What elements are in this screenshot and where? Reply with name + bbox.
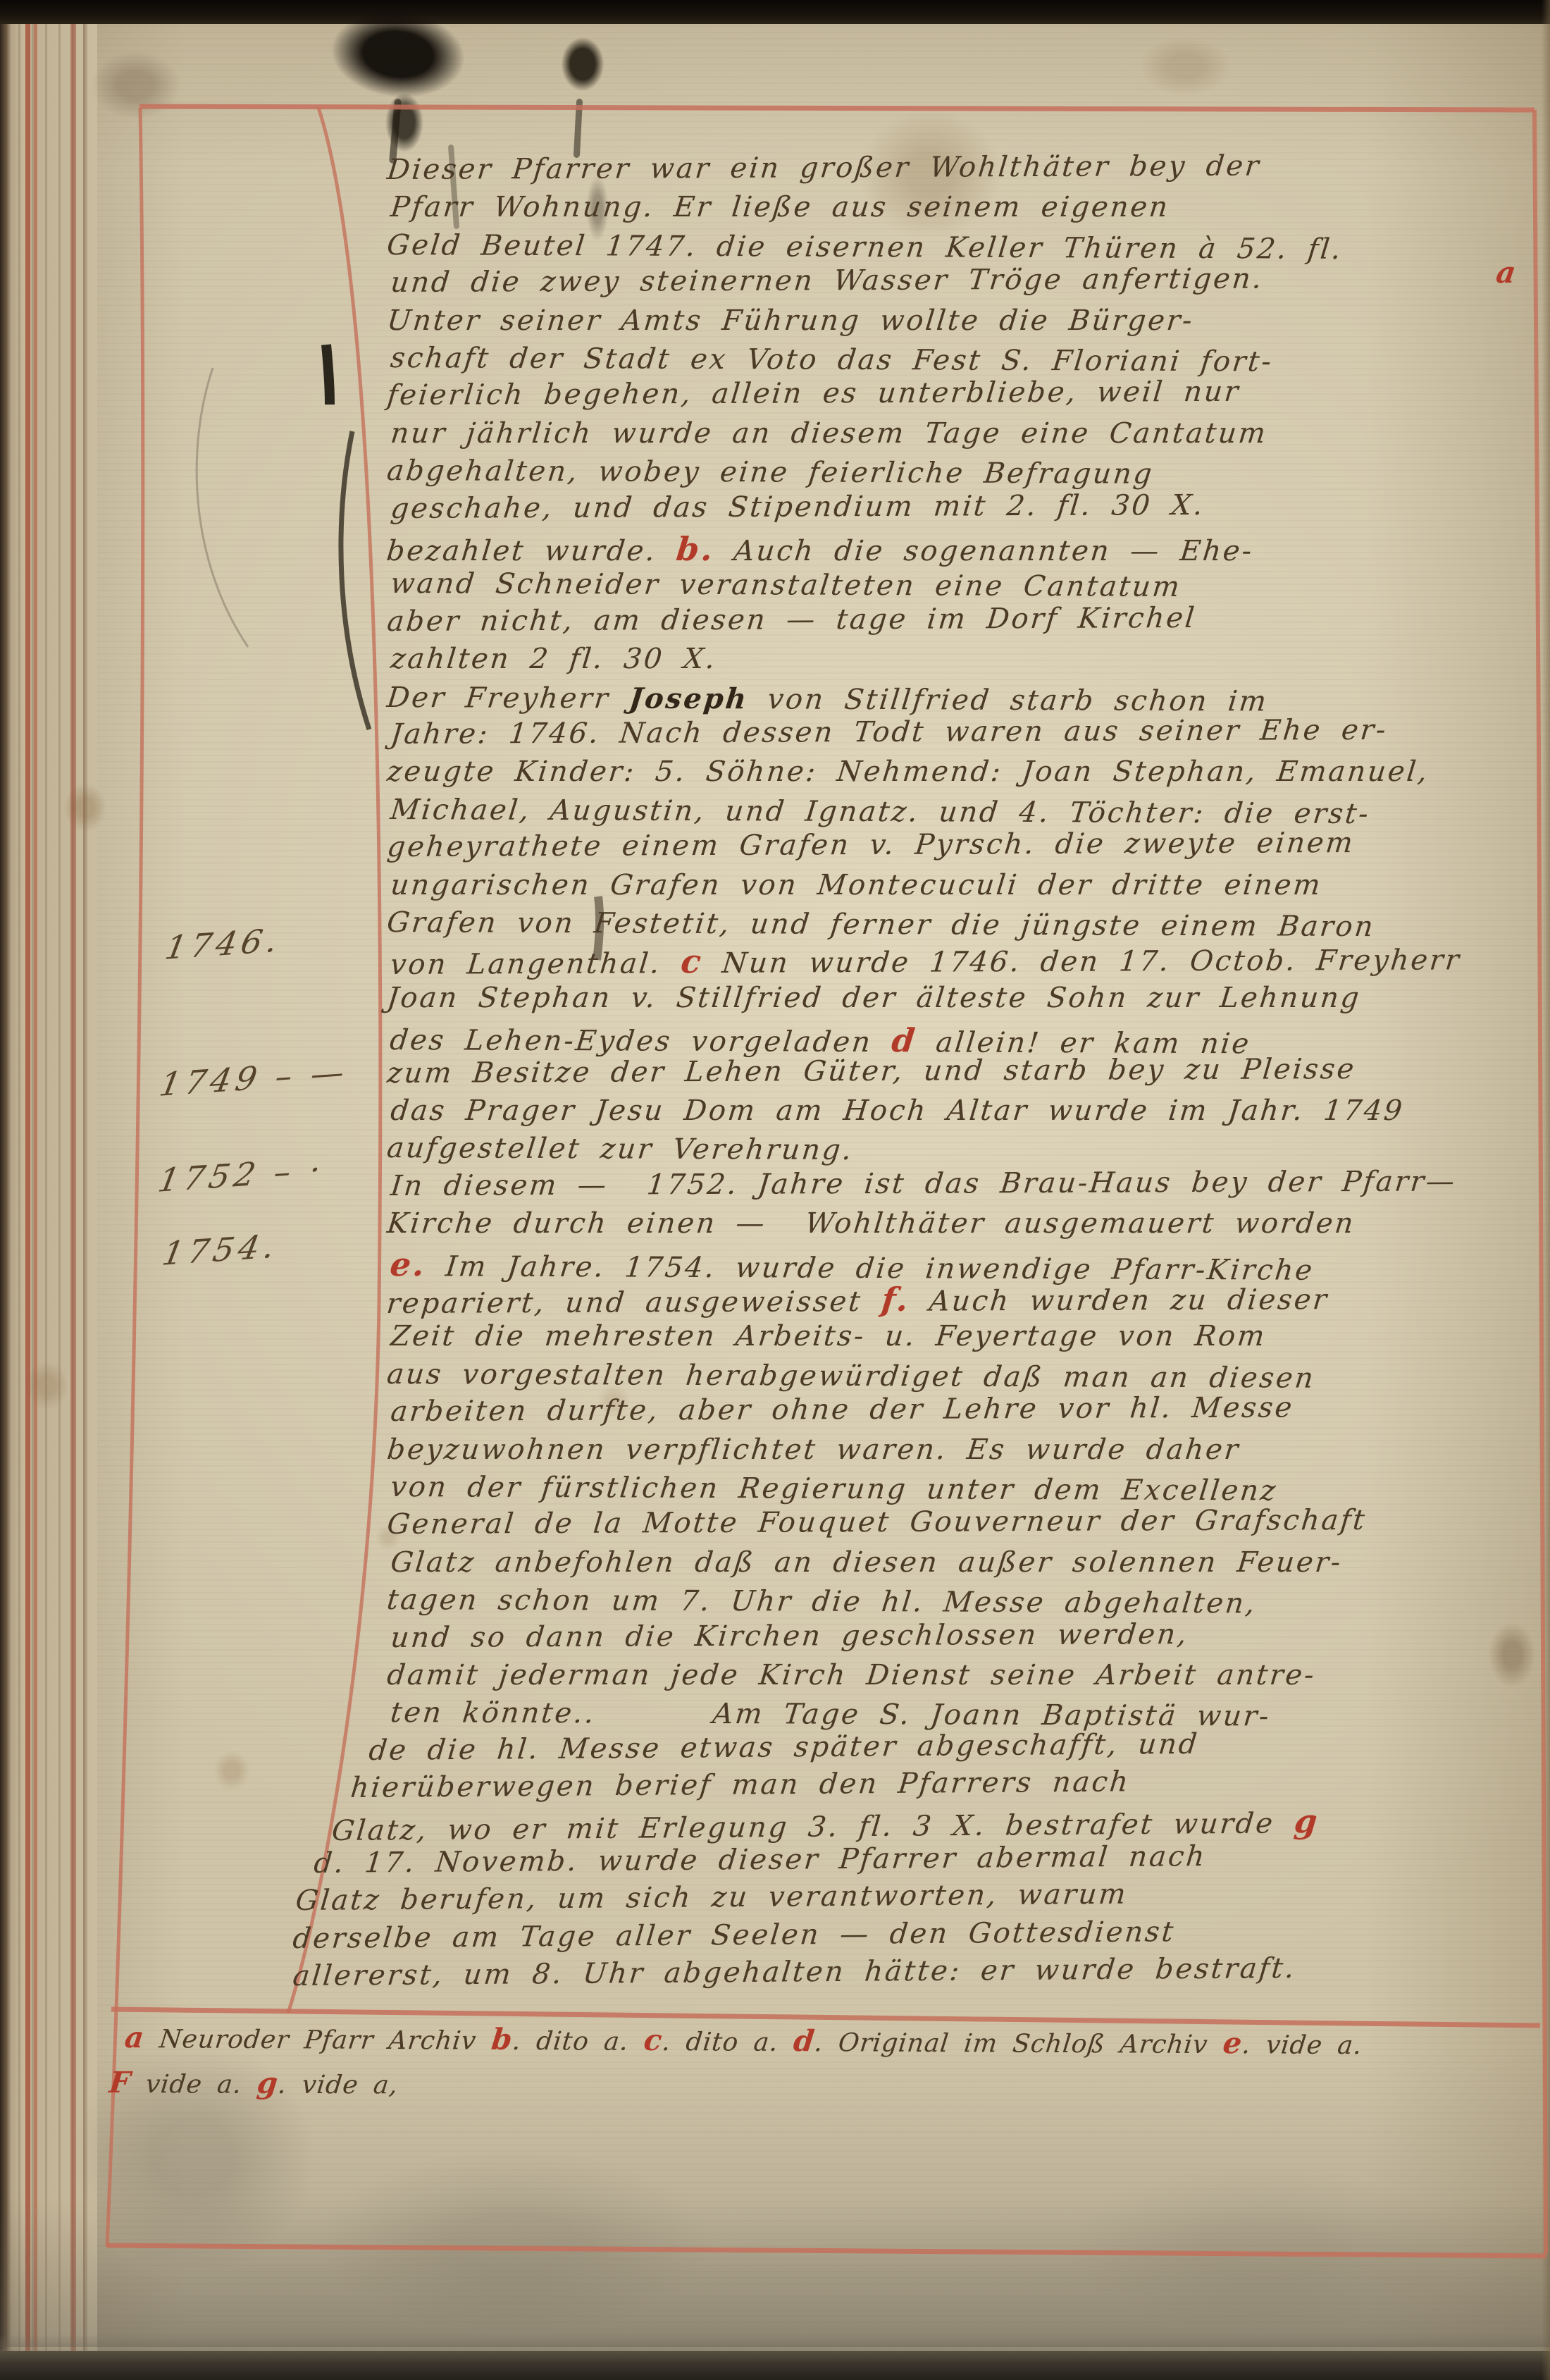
footnote-ref-mark: b.: [674, 530, 717, 568]
manuscript-line: von Langenthal. c Nun wurde 1746. den 17…: [389, 939, 1463, 982]
manuscript-line: zum Besitze der Lehen Güter, und starb b…: [385, 1053, 1358, 1095]
text-run: Auch wurden zu dieser: [908, 1283, 1330, 1318]
text-run: zum Besitze der Lehen Güter, und starb b…: [385, 1053, 1357, 1090]
text-run: schaft der Stadt ex Voto das Fest S. Flo…: [389, 342, 1275, 378]
manuscript-line: ungarischen Grafen von Montecuculi der d…: [388, 869, 1324, 907]
text-run: Zeit die mehresten Arbeits- u. Feyertage…: [389, 1320, 1268, 1352]
text-run: wand Schneider veranstalteten eine Canta…: [389, 567, 1183, 603]
text-run: Kirche durch einen — Wohlthäter ausgemau…: [385, 1207, 1357, 1240]
text-run: derselbe am Tage aller Seelen — den Gott…: [292, 1916, 1177, 1955]
text-run: In diesem — 1752. Jahre ist das Brau-Hau…: [389, 1165, 1458, 1202]
manuscript-line: Joan Stephan v. Stillfried der älteste S…: [385, 982, 1363, 1020]
manuscript-line: Glatz berufen, um sich zu verantworten, …: [294, 1878, 1129, 1923]
emphasized-name: Joseph: [628, 682, 750, 715]
text-run: d. 17. Novemb. wurde dieser Pfarrer aber…: [313, 1840, 1208, 1880]
manuscript-line: repariert, und ausgeweisset f. Auch wurd…: [385, 1278, 1331, 1321]
bottom-rule: [107, 2245, 1546, 2256]
manuscript-line: beyzuwohnen verpflichtet waren. Es wurde…: [385, 1433, 1241, 1472]
manuscript-line: und die zwey steinernen Wasser Tröge anf…: [389, 263, 1265, 304]
manuscript-line: damit jederman jede Kirch Dienst seine A…: [385, 1659, 1317, 1697]
text-run: Neuroder Pfarr Archiv: [143, 2025, 493, 2056]
text-run: General de la Motte Fouquet Gouverneur d…: [385, 1504, 1368, 1541]
text-run: bezahlet wurde.: [385, 535, 678, 567]
right-rule: [1534, 110, 1546, 2254]
text-run: Jahre: 1746. Nach dessen Todt waren aus …: [389, 714, 1389, 751]
text-run: des Lehen-Eydes vorgeladen: [388, 1024, 893, 1059]
footnote-line: F vide a. g. vide a,: [108, 2065, 400, 2100]
text-run: repariert, und ausgeweisset: [385, 1285, 883, 1320]
text-run: Dieser Pfarrer war ein großer Wohlthäter…: [385, 150, 1262, 186]
manuscript-line: Unter seiner Amts Führung wollte die Bür…: [385, 304, 1196, 343]
footnote-line: a Neuroder Pfarr Archiv b. dito a. c. di…: [123, 2020, 1365, 2061]
footnote-ref-mark: f.: [880, 1281, 912, 1319]
text-run: und die zwey steinernen Wasser Tröge anf…: [389, 263, 1265, 299]
text-run: feierlich begehen, allein es unterbliebe…: [385, 376, 1241, 412]
manuscript-line: Pfarr Wohnung. Er ließe aus seinem eigen…: [388, 191, 1171, 229]
text-run: Glatz anbefohlen daß an diesen außer sol…: [389, 1546, 1344, 1579]
manuscript-line: Zeit die mehresten Arbeits- u. Feyertage…: [388, 1320, 1267, 1358]
top-rule: [139, 106, 1534, 110]
text-run: aber nicht, am diesen — tage im Dorf Kir…: [385, 602, 1198, 638]
text-run: Unter seiner Amts Führung wollte die Bür…: [385, 304, 1196, 337]
text-run: von Stillfried starb schon im: [746, 683, 1270, 717]
text-run: . Original im Schloß Archiv: [813, 2028, 1224, 2059]
text-run: und so dann die Kirchen geschlossen werd…: [389, 1618, 1190, 1654]
manuscript-line: nur jährlich wurde an diesem Tage eine C…: [388, 417, 1269, 455]
text-run: Geld Beutel 1747. die eisernen Keller Th…: [385, 229, 1344, 266]
footnote-ref-mark: g: [1293, 1802, 1321, 1840]
manuscript-line: In diesem — 1752. Jahre ist das Brau-Hau…: [389, 1165, 1458, 1208]
manuscript-line: General de la Motte Fouquet Gouverneur d…: [385, 1504, 1368, 1546]
text-run: allererst, um 8. Uhr abgehalten hätte: e…: [292, 1952, 1298, 1992]
pencil-arc-mark: [197, 368, 248, 647]
text-run: Pfarr Wohnung. Er ließe aus seinem eigen…: [389, 191, 1171, 223]
ink-stroke-mark: [326, 345, 330, 405]
text-run: zahlten 2 fl. 30 X.: [389, 643, 719, 675]
manuscript-line: geheyrathete einem Grafen v. Pyrsch. die…: [385, 827, 1356, 869]
text-run: Der Freyherr: [385, 682, 631, 715]
text-run: aus vorgestalten herabgewürdiget daß man…: [385, 1358, 1317, 1395]
text-run: damit jederman jede Kirch Dienst seine A…: [385, 1659, 1317, 1691]
text-run: vide a.: [129, 2070, 259, 2100]
text-run: hierüberwegen berief man den Pfarrers na…: [349, 1766, 1132, 1805]
text-run: Glatz berufen, um sich zu verantworten, …: [294, 1878, 1129, 1917]
manuscript-page-scan: 1746. 1749 – — 1752 – · 1754. a Dieser P…: [0, 0, 1550, 2380]
text-run: arbeiten durfte, aber ohne der Lehre vor…: [389, 1392, 1295, 1429]
text-run: Michael, Augustin, und Ignatz. und 4. Tö…: [389, 794, 1372, 830]
text-run: tagen schon um 7. Uhr die hl. Messe abge…: [385, 1584, 1258, 1620]
manuscript-line: Dieser Pfarrer war ein großer Wohlthäter…: [385, 150, 1263, 192]
text-run: zeugte Kinder: 5. Söhne: Nehmend: Joan S…: [385, 756, 1430, 788]
text-run: von Langenthal.: [389, 948, 683, 982]
text-run: Joan Stephan v. Stillfried der älteste S…: [385, 982, 1363, 1014]
text-run: aufgestellet zur Verehrung.: [385, 1132, 855, 1166]
text-run: von der fürstlichen Regierung unter dem …: [389, 1471, 1279, 1507]
manuscript-line: arbeiten durfte, aber ohne der Lehre vor…: [389, 1392, 1296, 1434]
manuscript-line: Jahre: 1746. Nach dessen Todt waren aus …: [389, 714, 1389, 756]
text-run: Nun wurde 1746. den 17. Octob. Freyherr: [701, 944, 1463, 980]
left-rule: [107, 108, 143, 2247]
text-run: nur jährlich wurde an diesem Tage eine C…: [389, 417, 1269, 450]
manuscript-line: Kirche durch einen — Wohlthäter ausgemau…: [385, 1207, 1357, 1245]
manuscript-line: und so dann die Kirchen geschlossen werd…: [389, 1618, 1191, 1660]
text-run: . dito a.: [661, 2028, 795, 2057]
manuscript-line: hierüberwegen berief man den Pfarrers na…: [349, 1766, 1131, 1811]
manuscript-line: aber nicht, am diesen — tage im Dorf Kir…: [385, 602, 1198, 643]
manuscript-line: das Prager Jesu Dom am Hoch Altar wurde …: [388, 1095, 1406, 1133]
text-run: ungarischen Grafen von Montecuculi der d…: [389, 869, 1324, 901]
text-run: . vide a,: [276, 2071, 399, 2100]
manuscript-line: zahlten 2 fl. 30 X.: [388, 643, 718, 681]
text-run: Grafen von Festetit, und ferner die jüng…: [385, 906, 1377, 943]
manuscript-line: Glatz anbefohlen daß an diesen außer sol…: [388, 1546, 1344, 1584]
manuscript-line: geschahe, und das Stipendium mit 2. fl. …: [389, 489, 1207, 531]
manuscript-line: aufgestellet zur Verehrung.: [385, 1132, 855, 1172]
manuscript-line: bezahlet wurde. b. Auch die sogenannten …: [385, 530, 1255, 568]
manuscript-line: zeugte Kinder: 5. Söhne: Nehmend: Joan S…: [385, 756, 1430, 794]
text-run: Auch die sogenannten — Ehe-: [713, 535, 1255, 567]
text-run: de die hl. Messe etwas später abgeschaff…: [368, 1728, 1201, 1767]
text-run: das Prager Jesu Dom am Hoch Altar wurde …: [389, 1095, 1406, 1127]
text-run: ten könnte.. Am Tage S. Joann Baptistä w…: [389, 1696, 1272, 1732]
footnote-ref-mark: e.: [388, 1245, 428, 1283]
text-run: beyzuwohnen verpflichtet waren. Es wurde…: [385, 1433, 1241, 1466]
text-run: geschahe, und das Stipendium mit 2. fl. …: [389, 489, 1206, 525]
text-run: . vide a.: [1241, 2030, 1364, 2060]
text-run: geheyrathete einem Grafen v. Pyrsch. die…: [385, 827, 1356, 863]
manuscript-line: feierlich begehen, allein es unterbliebe…: [385, 376, 1242, 417]
text-run: abgehalten, wobey eine feierliche Befrag…: [385, 455, 1155, 491]
manuscript-line: allererst, um 8. Uhr abgehalten hätte: e…: [291, 1952, 1298, 1998]
text-run: . dito a.: [511, 2027, 645, 2057]
